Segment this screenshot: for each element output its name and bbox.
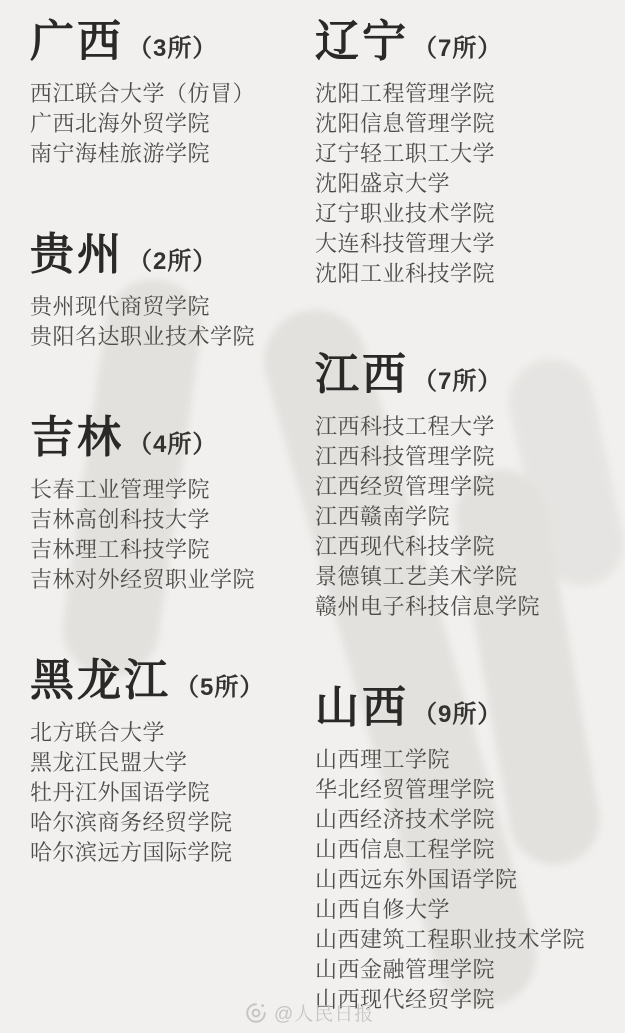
university-list-item: 山西理工学院 (315, 745, 625, 775)
university-list-item: 南宁海桂旅游学院 (30, 139, 315, 169)
province-name: 吉林 (30, 414, 124, 462)
university-list-item: 辽宁轻工职工大学 (315, 139, 625, 169)
source-credit: @人民日报 (244, 999, 374, 1026)
university-list-item: 华北经贸管理学院 (315, 775, 625, 805)
fake-university-list: 广西（3所）西江联合大学（仿冒）广西北海外贸学院南宁海桂旅游学院贵州（2所）贵州… (30, 18, 625, 1015)
left-column: 广西（3所）西江联合大学（仿冒）广西北海外贸学院南宁海桂旅游学院贵州（2所）贵州… (30, 18, 315, 1015)
province-count: （9所） (413, 694, 502, 729)
university-list-item: 吉林高创科技大学 (30, 505, 315, 535)
province-section: 贵州（2所）贵州现代商贸学院贵阳名达职业技术学院 (30, 231, 315, 352)
university-list: 沈阳工程管理学院沈阳信息管理学院辽宁轻工职工大学沈阳盛京大学辽宁职业技术学院大连… (315, 79, 625, 289)
province-heading: 山西（9所） (315, 684, 625, 732)
weibo-icon (244, 1001, 268, 1025)
university-list-item: 贵州现代商贸学院 (30, 292, 315, 322)
province-section: 广西（3所）西江联合大学（仿冒）广西北海外贸学院南宁海桂旅游学院 (30, 18, 315, 169)
university-list-item: 沈阳工程管理学院 (315, 79, 625, 109)
province-heading: 江西（7所） (315, 351, 625, 399)
university-list: 北方联合大学黑龙江民盟大学牡丹江外国语学院哈尔滨商务经贸学院哈尔滨远方国际学院 (30, 718, 315, 868)
province-section: 辽宁（7所）沈阳工程管理学院沈阳信息管理学院辽宁轻工职工大学沈阳盛京大学辽宁职业… (315, 18, 625, 289)
province-name: 广西 (30, 18, 124, 66)
university-list-item: 沈阳盛京大学 (315, 169, 625, 199)
province-section: 黑龙江（5所）北方联合大学黑龙江民盟大学牡丹江外国语学院哈尔滨商务经贸学院哈尔滨… (30, 657, 315, 868)
university-list-item: 江西经贸管理学院 (315, 472, 625, 502)
university-list-item: 江西科技管理学院 (315, 442, 625, 472)
province-heading: 辽宁（7所） (315, 18, 625, 66)
university-list: 江西科技工程大学江西科技管理学院江西经贸管理学院江西赣南学院江西现代科技学院景德… (315, 412, 625, 622)
province-section: 山西（9所）山西理工学院华北经贸管理学院山西经济技术学院山西信息工程学院山西远东… (315, 684, 625, 1015)
university-list-item: 西江联合大学（仿冒） (30, 79, 315, 109)
university-list-item: 长春工业管理学院 (30, 475, 315, 505)
province-count: （7所） (413, 361, 502, 396)
province-heading: 广西（3所） (30, 18, 315, 66)
university-list-item: 牡丹江外国语学院 (30, 778, 315, 808)
university-list-item: 大连科技管理大学 (315, 229, 625, 259)
province-count: （4所） (128, 424, 217, 459)
province-count: （2所） (128, 241, 217, 276)
university-list-item: 山西经济技术学院 (315, 805, 625, 835)
right-column: 辽宁（7所）沈阳工程管理学院沈阳信息管理学院辽宁轻工职工大学沈阳盛京大学辽宁职业… (315, 18, 625, 1015)
university-list-item: 山西远东外国语学院 (315, 865, 625, 895)
university-list-item: 贵阳名达职业技术学院 (30, 322, 315, 352)
university-list: 山西理工学院华北经贸管理学院山西经济技术学院山西信息工程学院山西远东外国语学院山… (315, 745, 625, 1015)
province-count: （7所） (413, 28, 502, 63)
university-list-item: 山西自修大学 (315, 895, 625, 925)
province-name: 江西 (315, 351, 409, 399)
university-list-item: 辽宁职业技术学院 (315, 199, 625, 229)
province-name: 黑龙江 (30, 657, 171, 705)
province-count: （5所） (175, 667, 264, 702)
university-list-item: 哈尔滨商务经贸学院 (30, 808, 315, 838)
province-name: 贵州 (30, 231, 124, 279)
university-list-item: 黑龙江民盟大学 (30, 748, 315, 778)
university-list: 贵州现代商贸学院贵阳名达职业技术学院 (30, 292, 315, 352)
university-list-item: 吉林理工科技学院 (30, 535, 315, 565)
university-list-item: 沈阳信息管理学院 (315, 109, 625, 139)
province-heading: 黑龙江（5所） (30, 657, 315, 705)
university-list-item: 赣州电子科技信息学院 (315, 592, 625, 622)
province-section: 江西（7所）江西科技工程大学江西科技管理学院江西经贸管理学院江西赣南学院江西现代… (315, 351, 625, 622)
province-name: 辽宁 (315, 18, 409, 66)
university-list-item: 哈尔滨远方国际学院 (30, 838, 315, 868)
university-list-item: 江西科技工程大学 (315, 412, 625, 442)
university-list-item: 山西建筑工程职业技术学院 (315, 925, 625, 955)
university-list-item: 江西赣南学院 (315, 502, 625, 532)
province-section: 吉林（4所）长春工业管理学院吉林高创科技大学吉林理工科技学院吉林对外经贸职业学院 (30, 414, 315, 595)
university-list-item: 吉林对外经贸职业学院 (30, 565, 315, 595)
university-list-item: 山西信息工程学院 (315, 835, 625, 865)
province-heading: 吉林（4所） (30, 414, 315, 462)
province-heading: 贵州（2所） (30, 231, 315, 279)
province-count: （3所） (128, 28, 217, 63)
university-list-item: 山西金融管理学院 (315, 955, 625, 985)
province-name: 山西 (315, 684, 409, 732)
source-credit-label: @人民日报 (274, 999, 374, 1026)
university-list: 西江联合大学（仿冒）广西北海外贸学院南宁海桂旅游学院 (30, 79, 315, 169)
university-list-item: 景德镇工艺美术学院 (315, 562, 625, 592)
university-list-item: 广西北海外贸学院 (30, 109, 315, 139)
university-list-item: 江西现代科技学院 (315, 532, 625, 562)
university-list-item: 北方联合大学 (30, 718, 315, 748)
university-list: 长春工业管理学院吉林高创科技大学吉林理工科技学院吉林对外经贸职业学院 (30, 475, 315, 595)
university-list-item: 沈阳工业科技学院 (315, 259, 625, 289)
